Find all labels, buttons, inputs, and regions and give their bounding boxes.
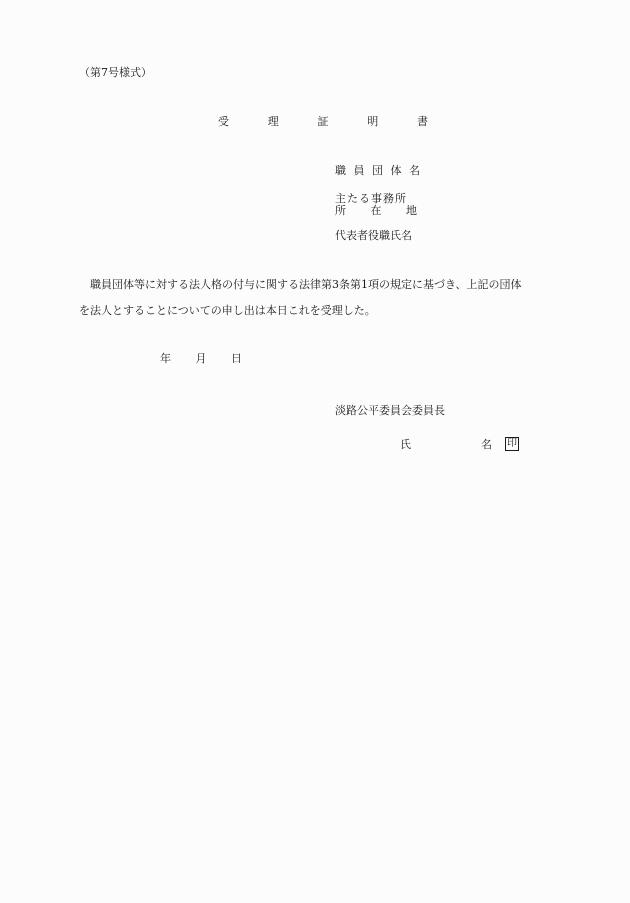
name-label-1: 氏 bbox=[400, 438, 411, 451]
committee-chair: 淡路公平委員会委員長 bbox=[335, 404, 445, 417]
title-char: 証 bbox=[318, 115, 329, 128]
location-char: 地 bbox=[406, 204, 417, 217]
name-label-2: 名 bbox=[481, 438, 492, 451]
field-location: 所 在 地 bbox=[335, 204, 417, 217]
title-char: 理 bbox=[268, 115, 279, 128]
field-representative: 代表者役職氏名 bbox=[335, 229, 412, 242]
date-year: 年 bbox=[160, 352, 171, 365]
form-number: （第7号様式） bbox=[79, 66, 152, 79]
date-month: 月 bbox=[196, 352, 207, 365]
document-title: 受 理 証 明 書 bbox=[218, 115, 428, 128]
title-char: 受 bbox=[218, 115, 229, 128]
title-char: 明 bbox=[367, 115, 378, 128]
body-text-line-2: を法人とすることについての申し出は本日これを受理した。 bbox=[79, 304, 376, 317]
body-text-line-1: 職員団体等に対する法人格の付与に関する法律第3条第1項の規定に基づき、上記の団体 bbox=[90, 278, 522, 291]
name-signature-row: 氏 名 印 bbox=[400, 437, 520, 451]
location-char: 所 bbox=[335, 204, 346, 217]
date-day: 日 bbox=[231, 352, 242, 365]
date-line: 年 月 日 bbox=[160, 352, 242, 365]
title-char: 書 bbox=[417, 115, 428, 128]
location-char: 在 bbox=[371, 204, 382, 217]
seal-icon: 印 bbox=[505, 437, 519, 451]
field-organization-name: 職 員 団 体 名 bbox=[335, 164, 422, 177]
